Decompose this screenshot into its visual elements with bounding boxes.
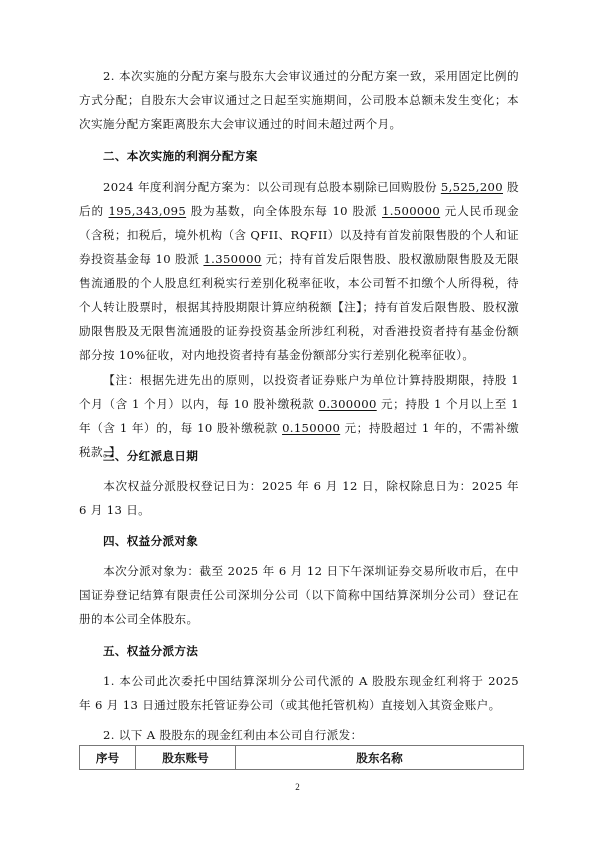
- text-run: 1. 本公司此次委托中国结算深圳分公司代派的 A 股股东现金红利将于 2025 …: [79, 674, 519, 712]
- column-header-account: 股东账号: [136, 746, 236, 770]
- paragraph-distribution-target: 本次分派对象为：截至 2025 年 6 月 12 日下午深圳证券交易所收市后，在…: [79, 559, 519, 631]
- column-header-name: 股东名称: [236, 746, 524, 770]
- base-shares-value: 195,343,095: [109, 204, 187, 218]
- tax-within-1m-value: 0.300000: [319, 397, 377, 411]
- text-run: 2. 以下 A 股股东的现金红利由本公司自行派发：: [103, 728, 363, 742]
- repurchased-shares-value: 5,525,200: [441, 180, 503, 194]
- column-header-index: 序号: [80, 746, 136, 770]
- text-run: 本次分派对象为：截至 2025 年 6 月 12 日下午深圳证券交易所收市后，在…: [79, 564, 519, 626]
- paragraph-distribution-plan: 2024 年度利润分配方案为：以公司现有总股本剔除已回购股份 5,525,200…: [79, 175, 519, 367]
- paragraph-text: 2. 本次实施的分配方案与股东大会审议通过的分配方案一致，采用固定比例的方式分配…: [79, 69, 519, 131]
- paragraph-method-2: 2. 以下 A 股股东的现金红利由本公司自行派发：: [79, 723, 519, 747]
- section-heading-4: 四、权益分派对象: [103, 531, 198, 551]
- document-page: 2. 本次实施的分配方案与股东大会审议通过的分配方案一致，采用固定比例的方式分配…: [0, 0, 595, 842]
- cash-per-10-value: 1.500000: [382, 204, 440, 218]
- self-distributed-shareholders-table: 序号 股东账号 股东名称: [79, 745, 524, 770]
- section-heading-3: 三、分红派息日期: [103, 446, 198, 466]
- section-heading-5: 五、权益分派方法: [103, 641, 198, 661]
- section-heading-2: 二、本次实施的利润分配方案: [103, 146, 258, 166]
- tax-1m-to-1y-value: 0.150000: [282, 421, 340, 435]
- text-run: 元；持有首发后限售股、股权激励限售股及无限售流通股的个人股息红利税实行差别化税率…: [79, 252, 519, 362]
- page-number: 2: [0, 782, 595, 792]
- paragraph-method-1: 1. 本公司此次委托中国结算深圳分公司代派的 A 股股东现金红利将于 2025 …: [79, 669, 519, 717]
- paragraph-consistency: 2. 本次实施的分配方案与股东大会审议通过的分配方案一致，采用固定比例的方式分配…: [79, 64, 519, 136]
- paragraph-dividend-dates: 本次权益分派股权登记日为：2025 年 6 月 12 日，除权除息日为：2025…: [79, 474, 519, 522]
- table-header-row: 序号 股东账号 股东名称: [80, 746, 524, 770]
- text-run: 股为基数，向全体股东每 10 股派: [186, 204, 382, 218]
- text-run: 本次权益分派股权登记日为：2025 年 6 月 12 日，除权除息日为：2025…: [79, 479, 519, 517]
- cash-after-tax-value: 1.350000: [203, 252, 261, 266]
- text-run: 2024 年度利润分配方案为：以公司现有总股本剔除已回购股份: [103, 180, 441, 194]
